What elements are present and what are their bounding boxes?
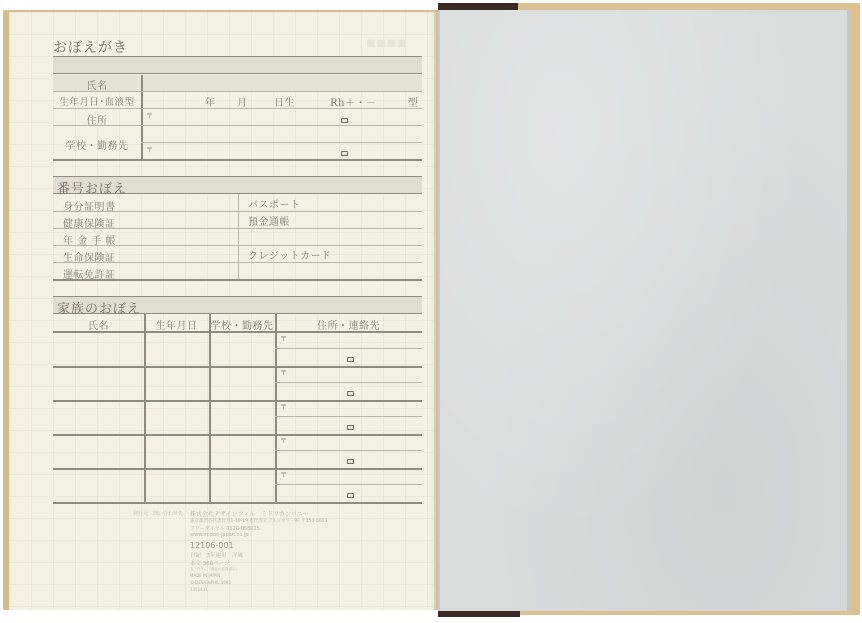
postal-mark-icon: 〒 — [280, 368, 287, 378]
rh-field: Rh＋・－ — [330, 94, 376, 109]
spine-bottom — [438, 611, 520, 617]
rule — [53, 400, 422, 402]
name-label: 氏名 — [53, 77, 141, 92]
family-col-birth: 生年月日 — [144, 317, 209, 332]
phone-icon — [347, 493, 354, 498]
rule — [53, 331, 422, 333]
year-field: 年 — [205, 94, 216, 109]
family-col-name: 氏名 — [53, 317, 144, 332]
rule — [275, 484, 422, 485]
product-code: 12106-001 — [190, 541, 234, 550]
faint-stamp: ■■■■ — [366, 38, 408, 49]
rule — [53, 279, 422, 281]
copyright: © DESIGNPHIL 1995 — [190, 580, 231, 585]
personal-divider — [141, 75, 143, 159]
rule — [141, 142, 422, 143]
postal-mark-icon: 〒 — [280, 334, 287, 344]
numbers-title: 番号おぼえ — [57, 178, 127, 197]
rule — [53, 125, 422, 126]
postal-mark-icon: 〒 — [146, 145, 153, 155]
family-divider-2 — [209, 314, 211, 502]
rule — [53, 159, 422, 161]
family-col-address: 住所・連絡先 — [275, 317, 422, 332]
rule — [53, 262, 422, 263]
made-in: MADE IN JAPAN — [190, 573, 220, 578]
page-count: 本文 366ページ — [190, 559, 230, 567]
rule — [53, 502, 422, 504]
lot-number: 1351431 — [190, 587, 208, 592]
rule — [53, 228, 422, 229]
month-field: 月 — [237, 94, 248, 109]
family-divider-1 — [144, 314, 146, 502]
postal-mark-icon: 〒 — [280, 402, 287, 412]
rule — [53, 211, 422, 212]
product-name: 日記 3年連用 洋風 — [190, 551, 243, 559]
phone-icon — [347, 391, 354, 396]
colophon-label: 発行元 問い合わせ先 — [133, 510, 183, 517]
phone-icon — [347, 357, 354, 362]
phone-icon — [347, 425, 354, 430]
rule — [53, 245, 422, 246]
page-title: おぼえがき — [53, 37, 128, 57]
postal-mark-icon: 〒 — [280, 436, 287, 446]
phone-icon — [341, 118, 348, 123]
passport-label: パスポート — [248, 196, 301, 211]
rule — [275, 450, 422, 451]
phone-icon — [341, 151, 348, 156]
family-divider-3 — [275, 314, 277, 502]
rule — [275, 416, 422, 417]
birth-blood-label: 生年月日･血液型 — [53, 94, 141, 108]
colophon-publisher: 株式会社デザインフィル ミドリカンパニー — [190, 509, 309, 518]
credit-card-label: クレジットカード — [248, 247, 331, 262]
rule — [275, 348, 422, 349]
postal-mark-icon: 〒 — [280, 470, 287, 480]
blood-type-field: 型 — [408, 94, 419, 109]
colophon-freedial: フリーダイヤル 0120-058025 — [190, 525, 260, 532]
rule — [53, 434, 422, 436]
quality-note: 丸ノ内〒…（商品の品質表示） — [190, 567, 239, 572]
bankbook-label: 預金通帳 — [248, 213, 290, 228]
rule — [275, 382, 422, 383]
family-col-school: 学校・勤務先 — [209, 317, 275, 332]
phone-icon — [347, 459, 354, 464]
endpaper-right — [438, 10, 850, 611]
postal-mark-icon: 〒 — [146, 111, 153, 121]
personal-header-band — [53, 56, 422, 74]
family-title: 家族のおぼえ — [57, 298, 141, 317]
numbers-divider — [238, 194, 239, 280]
colophon-url: www.midori-japan.co.jp — [190, 532, 248, 538]
workplace-label: 学校・勤務先 — [53, 137, 141, 152]
day-field: 日生 — [274, 94, 295, 109]
rule — [53, 366, 422, 368]
rule — [53, 108, 422, 109]
rule — [53, 91, 422, 92]
colophon-address: 東京都渋谷区恵比寿1-19-19 恵比寿ビジネスタワー9F 〒150-0013 — [190, 518, 327, 524]
rule — [53, 468, 422, 470]
